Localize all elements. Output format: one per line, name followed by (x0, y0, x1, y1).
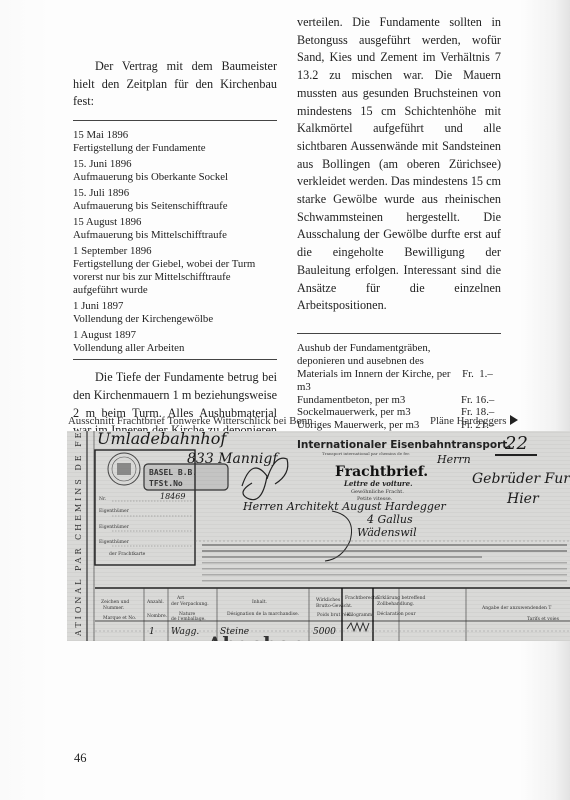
side-band-text: ATIONAL PAR CHEMINS DE FER. (74, 431, 83, 637)
schedule-description: Fertigstellung der Fundamente (73, 142, 277, 155)
cost-item: Aushub der Fundamentgräben, (297, 342, 430, 355)
cost-row: Materials im Innern der Kirche, per m3Fr… (297, 368, 501, 394)
arrow-right-icon (510, 415, 518, 425)
svg-text:Gebrüder Furrer: Gebrüder Furrer (472, 471, 570, 487)
divider (73, 120, 277, 121)
schedule-description: Fertigstellung der Giebel, wobei der Tur… (73, 258, 277, 297)
svg-text:Hier: Hier (506, 491, 540, 507)
handwriting-top: Umladebahnhof (97, 431, 229, 448)
schedule-description: Aufmauerung bis Mittelschifftraufe (73, 229, 277, 242)
figure-caption: Ausschnitt Frachtbrief Tonwerke Wittersc… (68, 415, 313, 427)
schedule-item: 1 Juni 1897Vollendung der Kirchengewölbe (73, 300, 277, 326)
row-packaging: Wagg. (171, 627, 199, 637)
page-number: 46 (74, 751, 87, 766)
schedule-item: 15 August 1896Aufmauerung bis Mittelschi… (73, 216, 277, 242)
cost-price (461, 342, 501, 355)
cost-item: Fundamentbeton, per m3 (297, 394, 405, 407)
recipient-handwriting: Herren Architekt August Hardegger (242, 500, 446, 513)
schedule-item: 1 September 1896Fertigstellung der Giebe… (73, 245, 277, 297)
schedule-item: 15. Juni 1896Aufmauerung bis Oberkante S… (73, 158, 277, 184)
right-column: verteilen. Die Fundamente sollten in Bet… (297, 14, 501, 464)
svg-text:Nummer.: Nummer. (103, 605, 125, 611)
svg-text:Angabe der anzuwendenden T: Angabe der anzuwendenden T (481, 605, 551, 611)
cost-item: Sockelmauerwerk, per m3 (297, 406, 411, 419)
svg-text:Tarifs et voies: Tarifs et voies (527, 616, 560, 622)
document-subtitle-fr: Lettre de voiture. (343, 479, 413, 488)
document-header: Internationaler Eisenbahntransport. (297, 439, 511, 451)
svg-text:4 Gallus: 4 Gallus (366, 513, 413, 526)
svg-text:833 Mannigf: 833 Mannigf (187, 451, 280, 467)
divider (297, 333, 501, 334)
svg-text:Zollbehandlung.: Zollbehandlung. (377, 601, 415, 607)
cost-item: deponieren und ausebnen des (297, 355, 424, 368)
schedule-item: 1 August 1897Vollendung aller Arbeiten (73, 329, 277, 355)
next-page-link[interactable]: Pläne Hardeggers (430, 415, 518, 427)
svg-text:Eigenthümer: Eigenthümer (99, 508, 130, 514)
svg-text:Frachtberechn.: Frachtberechn. (345, 595, 381, 601)
cost-price: Fr. 16.– (461, 394, 501, 407)
svg-text:Marque et No.: Marque et No. (103, 615, 137, 621)
place-handwriting: Wädenswil (357, 526, 417, 539)
document-subtitle-de: Gewöhnliche Fracht. (351, 489, 404, 495)
schedule-item: 15 Mai 1896Fertigstellung der Fundamente (73, 129, 277, 155)
schedule-description: Aufmauerung bis Seitenschifftraufe (73, 200, 277, 213)
stamp-line-1: BASEL B.B. (149, 468, 197, 477)
svg-text:Eigenthümer: Eigenthümer (99, 524, 130, 530)
construction-paragraph: verteilen. Die Fundamente sollten in Bet… (297, 14, 501, 315)
form-number: 18469 (160, 492, 185, 501)
cost-row: Fundamentbeton, per m3Fr. 16.– (297, 394, 501, 407)
left-column: Der Vertrag mit dem Baumeister hielt den… (73, 58, 277, 475)
bottom-stamp: Abgeben (206, 632, 305, 641)
divider (73, 359, 277, 360)
svg-text:Art: Art (176, 595, 184, 601)
schedule-date: 15 August 1896 (73, 216, 277, 229)
svg-text:Wirkliches: Wirkliches (316, 597, 341, 603)
schedule-date: 15. Juni 1896 (73, 158, 277, 171)
svg-text:Nombre.: Nombre. (147, 613, 168, 619)
handwritten-number: 22 (504, 433, 528, 454)
schedule-date: 1 August 1897 (73, 329, 277, 342)
svg-text:Inhalt.: Inhalt. (252, 599, 268, 605)
stamp-line-2: TFSt.No (149, 479, 183, 488)
document-header-sub: Transport international par chemins de f… (322, 451, 410, 456)
schedule-date: 1 Juni 1897 (73, 300, 277, 313)
next-page-label: Pläne Hardeggers (430, 415, 506, 427)
svg-text:Nr.: Nr. (99, 496, 107, 502)
svg-text:der Frachtkarte: der Frachtkarte (109, 551, 146, 557)
svg-text:Kilogramm.: Kilogramm. (347, 612, 374, 618)
cost-row: Aushub der Fundamentgräben, (297, 342, 501, 355)
svg-text:Eigenthümer: Eigenthümer (99, 539, 130, 545)
svg-text:Herrn: Herrn (436, 453, 471, 466)
schedule-item: 15. Juli 1896Aufmauerung bis Seitenschif… (73, 187, 277, 213)
schedule-description: Vollendung aller Arbeiten (73, 342, 277, 355)
schedule-date: 15. Juli 1896 (73, 187, 277, 200)
svg-text:der Verpackung.: der Verpackung. (171, 601, 209, 607)
schedule-date: 15 Mai 1896 (73, 129, 277, 142)
cost-item: Materials im Innern der Kirche, per m3 (297, 368, 462, 394)
schedule-description: Vollendung der Kirchengewölbe (73, 313, 277, 326)
schedule-description: Aufmauerung bis Oberkante Sockel (73, 171, 277, 184)
svg-text:Zeichen und: Zeichen und (101, 599, 129, 605)
row-marks: 1 (149, 627, 155, 637)
svg-text:de l'emballage.: de l'emballage. (171, 616, 206, 622)
svg-text:Anzahl.: Anzahl. (146, 599, 165, 605)
svg-text:Déclaration pour: Déclaration pour (377, 610, 417, 617)
cost-price (461, 355, 501, 368)
cost-row: deponieren und ausebnen des (297, 355, 501, 368)
cost-price: Fr. 1.– (462, 368, 501, 394)
schedule-date: 1 September 1896 (73, 245, 277, 258)
row-weight: 5000 (313, 627, 336, 637)
document-title: Frachtbrief. (335, 464, 428, 480)
svg-text:Désignation de la marchandise.: Désignation de la marchandise. (227, 610, 300, 617)
svg-text:Erklärung betreffend: Erklärung betreffend (377, 595, 425, 601)
construction-schedule: 15 Mai 1896Fertigstellung der Fundamente… (73, 129, 277, 355)
svg-text:Brutto-Gewicht.: Brutto-Gewicht. (316, 603, 353, 609)
intro-paragraph: Der Vertrag mit dem Baumeister hielt den… (73, 58, 277, 111)
freight-letter-image: ATIONAL PAR CHEMINS DE FER. BASEL B.B. T… (67, 431, 570, 641)
